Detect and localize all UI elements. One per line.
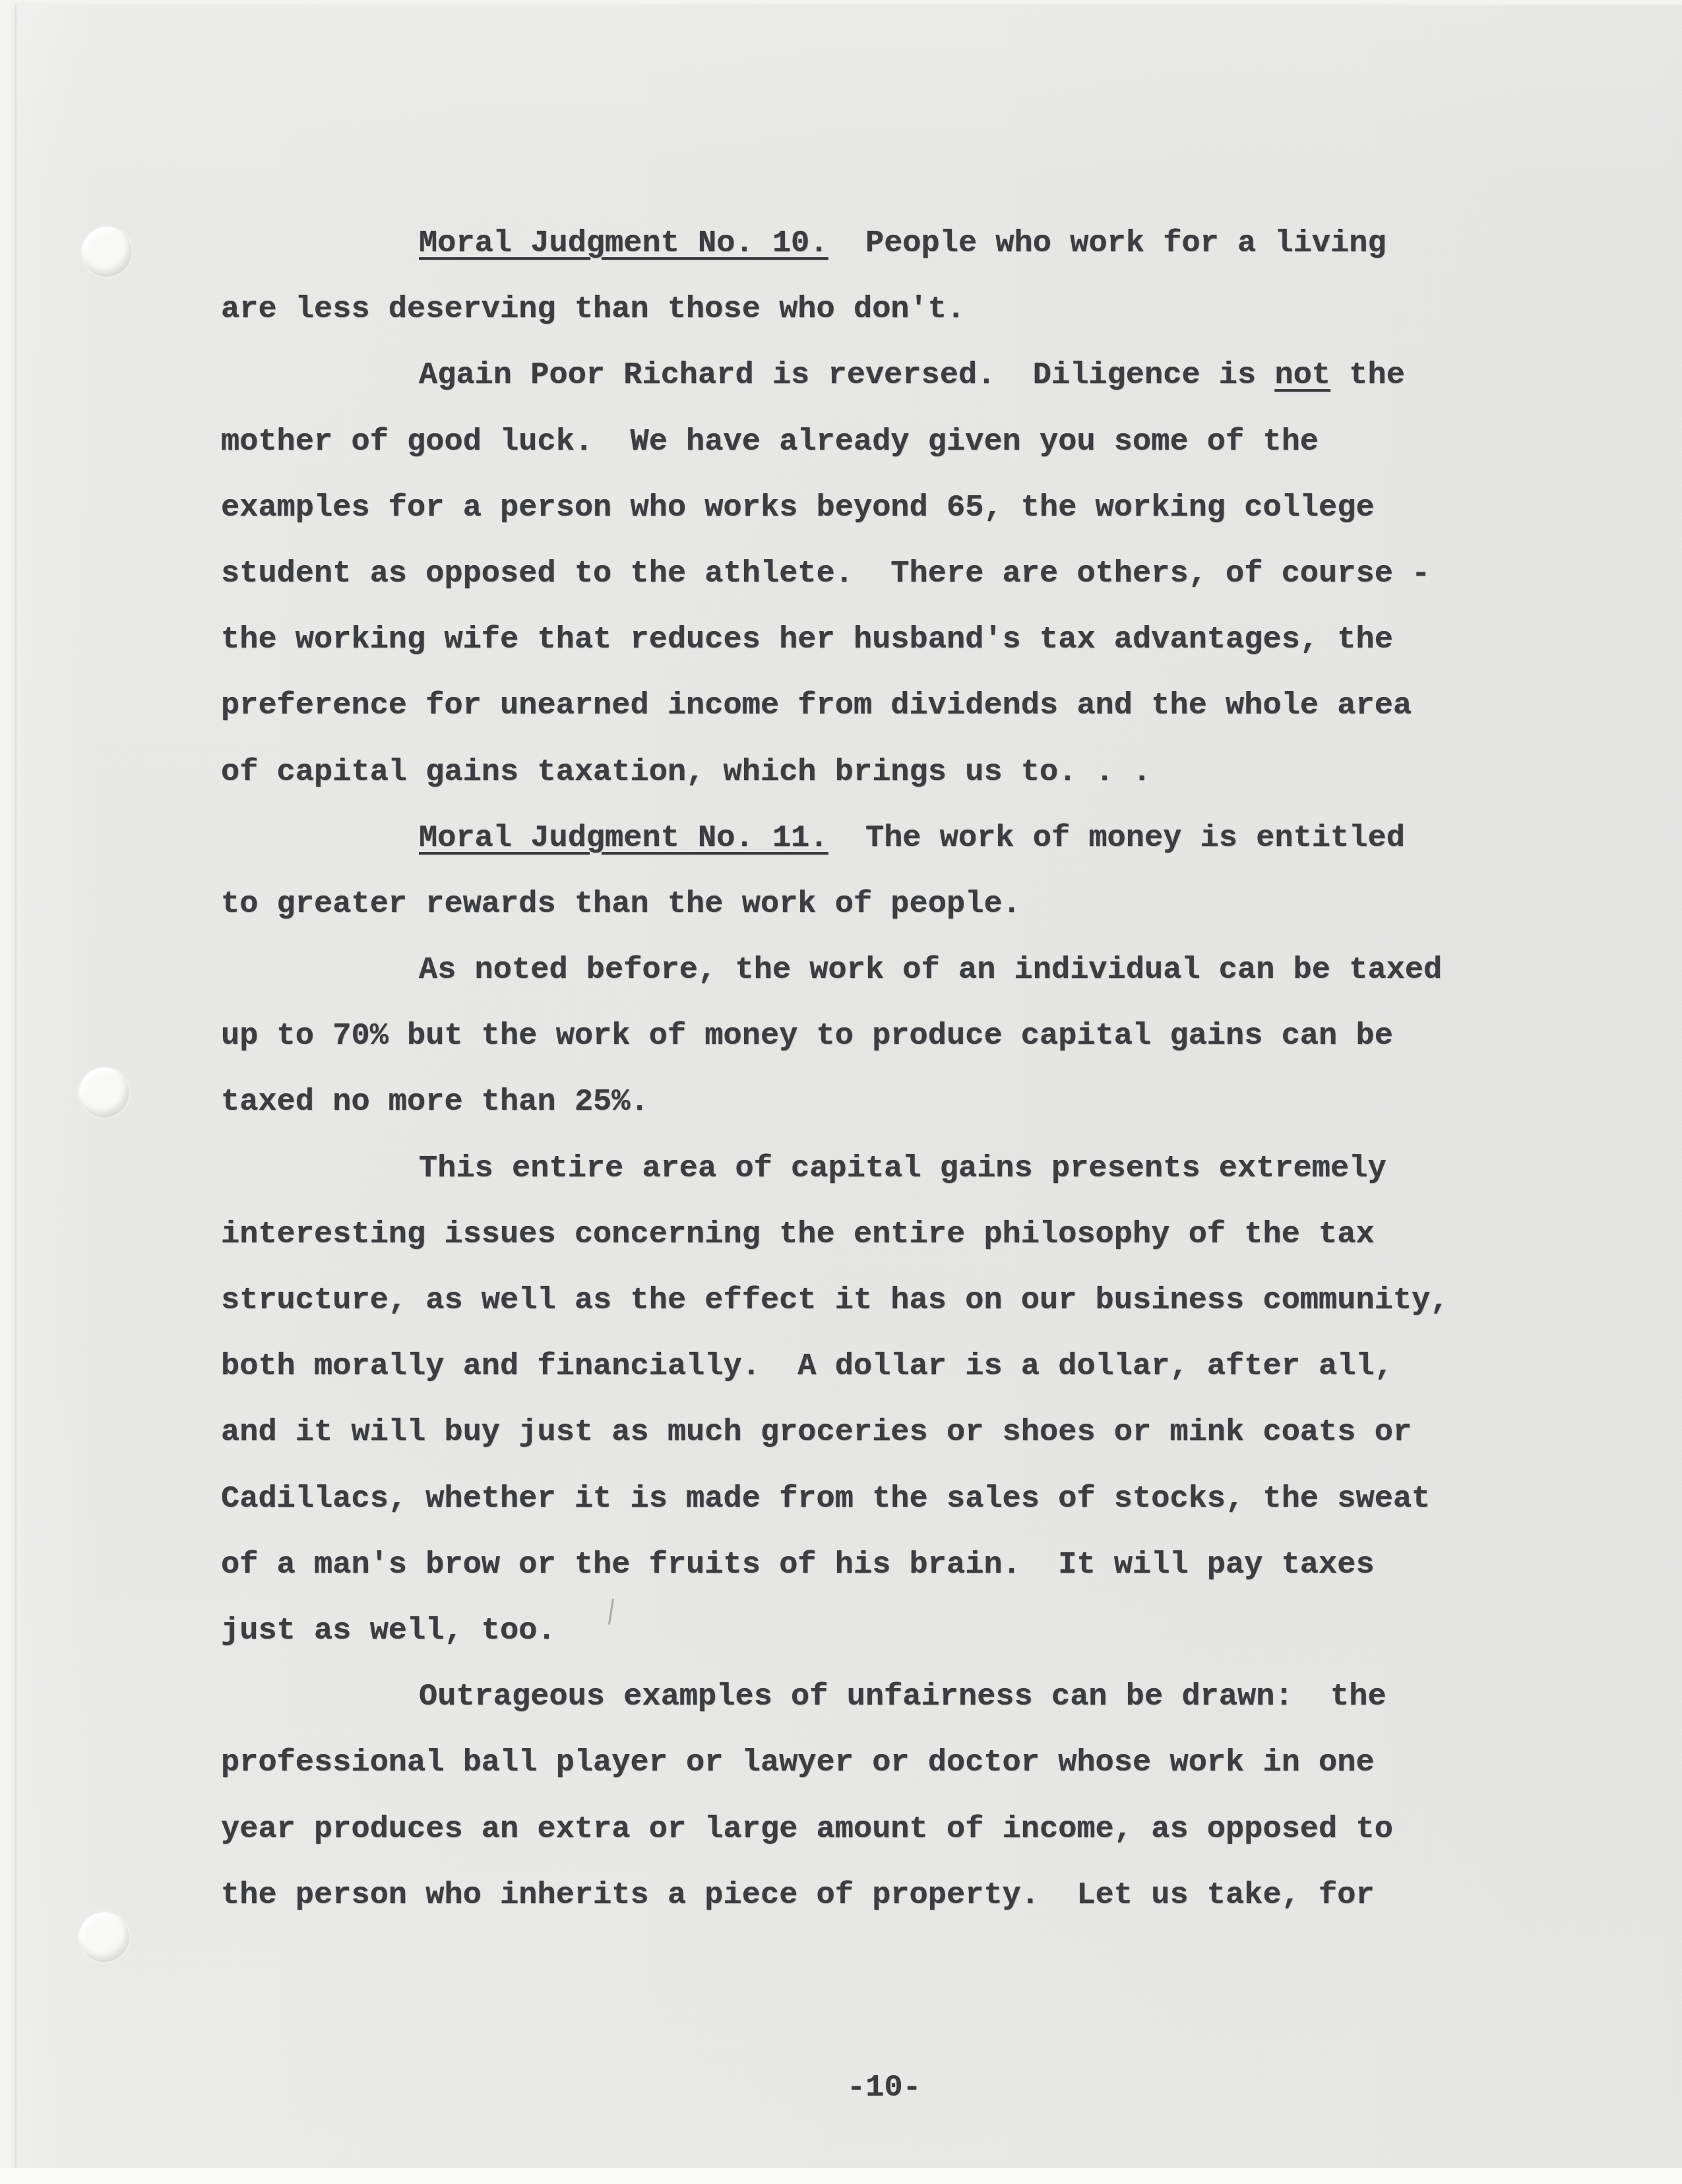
text-segment: examples for a person who works beyond 6… bbox=[221, 491, 1375, 526]
text-segment: just as well, too. bbox=[221, 1614, 556, 1649]
text-line: examples for a person who works beyond 6… bbox=[221, 475, 1534, 541]
text-line: structure, as well as the effect it has … bbox=[221, 1268, 1534, 1334]
text-line: Again Poor Richard is reversed. Diligenc… bbox=[221, 343, 1534, 409]
text-segment: Cadillacs, whether it is made from the s… bbox=[221, 1482, 1430, 1517]
text-segment: Again Poor Richard is reversed. Diligenc… bbox=[419, 358, 1274, 393]
text-line: both morally and financially. A dollar i… bbox=[221, 1334, 1534, 1400]
text-segment: the person who inherits a piece of prope… bbox=[221, 1878, 1375, 1913]
text-line: year produces an extra or large amount o… bbox=[221, 1797, 1534, 1863]
text-segment: student as opposed to the athlete. There… bbox=[221, 557, 1430, 591]
text-line: Cadillacs, whether it is made from the s… bbox=[221, 1467, 1534, 1532]
text-segment: As noted before, the work of an individu… bbox=[419, 953, 1442, 988]
punch-hole-middle bbox=[79, 1068, 129, 1118]
text-line: As noted before, the work of an individu… bbox=[221, 938, 1534, 1004]
text-segment: taxed no more than 25%. bbox=[221, 1085, 649, 1120]
underlined-text: Moral Judgment No. 11. bbox=[419, 821, 828, 856]
text-line: the working wife that reduces her husban… bbox=[221, 607, 1534, 673]
text-segment: mother of good luck. We have already giv… bbox=[221, 425, 1319, 460]
underlined-text: Moral Judgment No. 10. bbox=[419, 226, 828, 261]
text-line: the person who inherits a piece of prope… bbox=[221, 1863, 1534, 1929]
text-segment: of capital gains taxation, which brings … bbox=[221, 755, 1151, 790]
text-line: This entire area of capital gains presen… bbox=[221, 1136, 1534, 1202]
page-number: -10- bbox=[847, 2072, 921, 2105]
text-segment: year produces an extra or large amount o… bbox=[221, 1812, 1393, 1847]
scanner-margin-bottom bbox=[0, 2168, 1682, 2184]
text-segment: The work of money is entitled bbox=[828, 821, 1405, 856]
typewritten-text: Moral Judgment No. 10. People who work f… bbox=[221, 211, 1534, 1929]
text-line: and it will buy just as much groceries o… bbox=[221, 1400, 1534, 1466]
text-line: are less deserving than those who don't. bbox=[221, 277, 1534, 343]
text-segment: People who work for a living bbox=[828, 226, 1386, 261]
scanner-margin-left bbox=[0, 0, 16, 2184]
text-segment: of a man's brow or the fruits of his bra… bbox=[221, 1548, 1375, 1583]
text-line: of a man's brow or the fruits of his bra… bbox=[221, 1532, 1534, 1598]
text-line: of capital gains taxation, which brings … bbox=[221, 740, 1534, 806]
text-line: mother of good luck. We have already giv… bbox=[221, 409, 1534, 475]
text-line: preference for unearned income from divi… bbox=[221, 673, 1534, 739]
punch-hole-bottom bbox=[79, 1912, 129, 1962]
text-line: to greater rewards than the work of peop… bbox=[221, 872, 1534, 938]
text-line: interesting issues concerning the entire… bbox=[221, 1202, 1534, 1268]
text-line: Moral Judgment No. 10. People who work f… bbox=[221, 211, 1534, 277]
punch-hole-top bbox=[82, 227, 132, 277]
text-segment: up to 70% but the work of money to produ… bbox=[221, 1019, 1393, 1054]
text-line: professional ball player or lawyer or do… bbox=[221, 1730, 1534, 1796]
text-segment: both morally and financially. A dollar i… bbox=[221, 1349, 1393, 1384]
text-segment: interesting issues concerning the entire… bbox=[221, 1217, 1375, 1252]
text-line: Moral Judgment No. 11. The work of money… bbox=[221, 806, 1534, 872]
text-segment: and it will buy just as much groceries o… bbox=[221, 1415, 1412, 1450]
text-segment: professional ball player or lawyer or do… bbox=[221, 1745, 1375, 1780]
text-line: taxed no more than 25%. bbox=[221, 1070, 1534, 1136]
text-line: Outrageous examples of unfairness can be… bbox=[221, 1664, 1534, 1730]
text-segment: the bbox=[1330, 358, 1405, 393]
text-segment: Outrageous examples of unfairness can be… bbox=[419, 1680, 1386, 1714]
text-segment: structure, as well as the effect it has … bbox=[221, 1283, 1449, 1318]
text-line: just as well, too. bbox=[221, 1598, 1534, 1664]
text-segment: the working wife that reduces her husban… bbox=[221, 622, 1393, 657]
text-segment: are less deserving than those who don't. bbox=[221, 292, 965, 327]
text-segment: This entire area of capital gains presen… bbox=[419, 1151, 1386, 1186]
text-segment: preference for unearned income from divi… bbox=[221, 688, 1412, 723]
text-line: student as opposed to the athlete. There… bbox=[221, 541, 1534, 607]
text-line: up to 70% but the work of money to produ… bbox=[221, 1004, 1534, 1070]
underlined-text: not bbox=[1274, 358, 1330, 393]
text-segment: to greater rewards than the work of peop… bbox=[221, 887, 1021, 922]
